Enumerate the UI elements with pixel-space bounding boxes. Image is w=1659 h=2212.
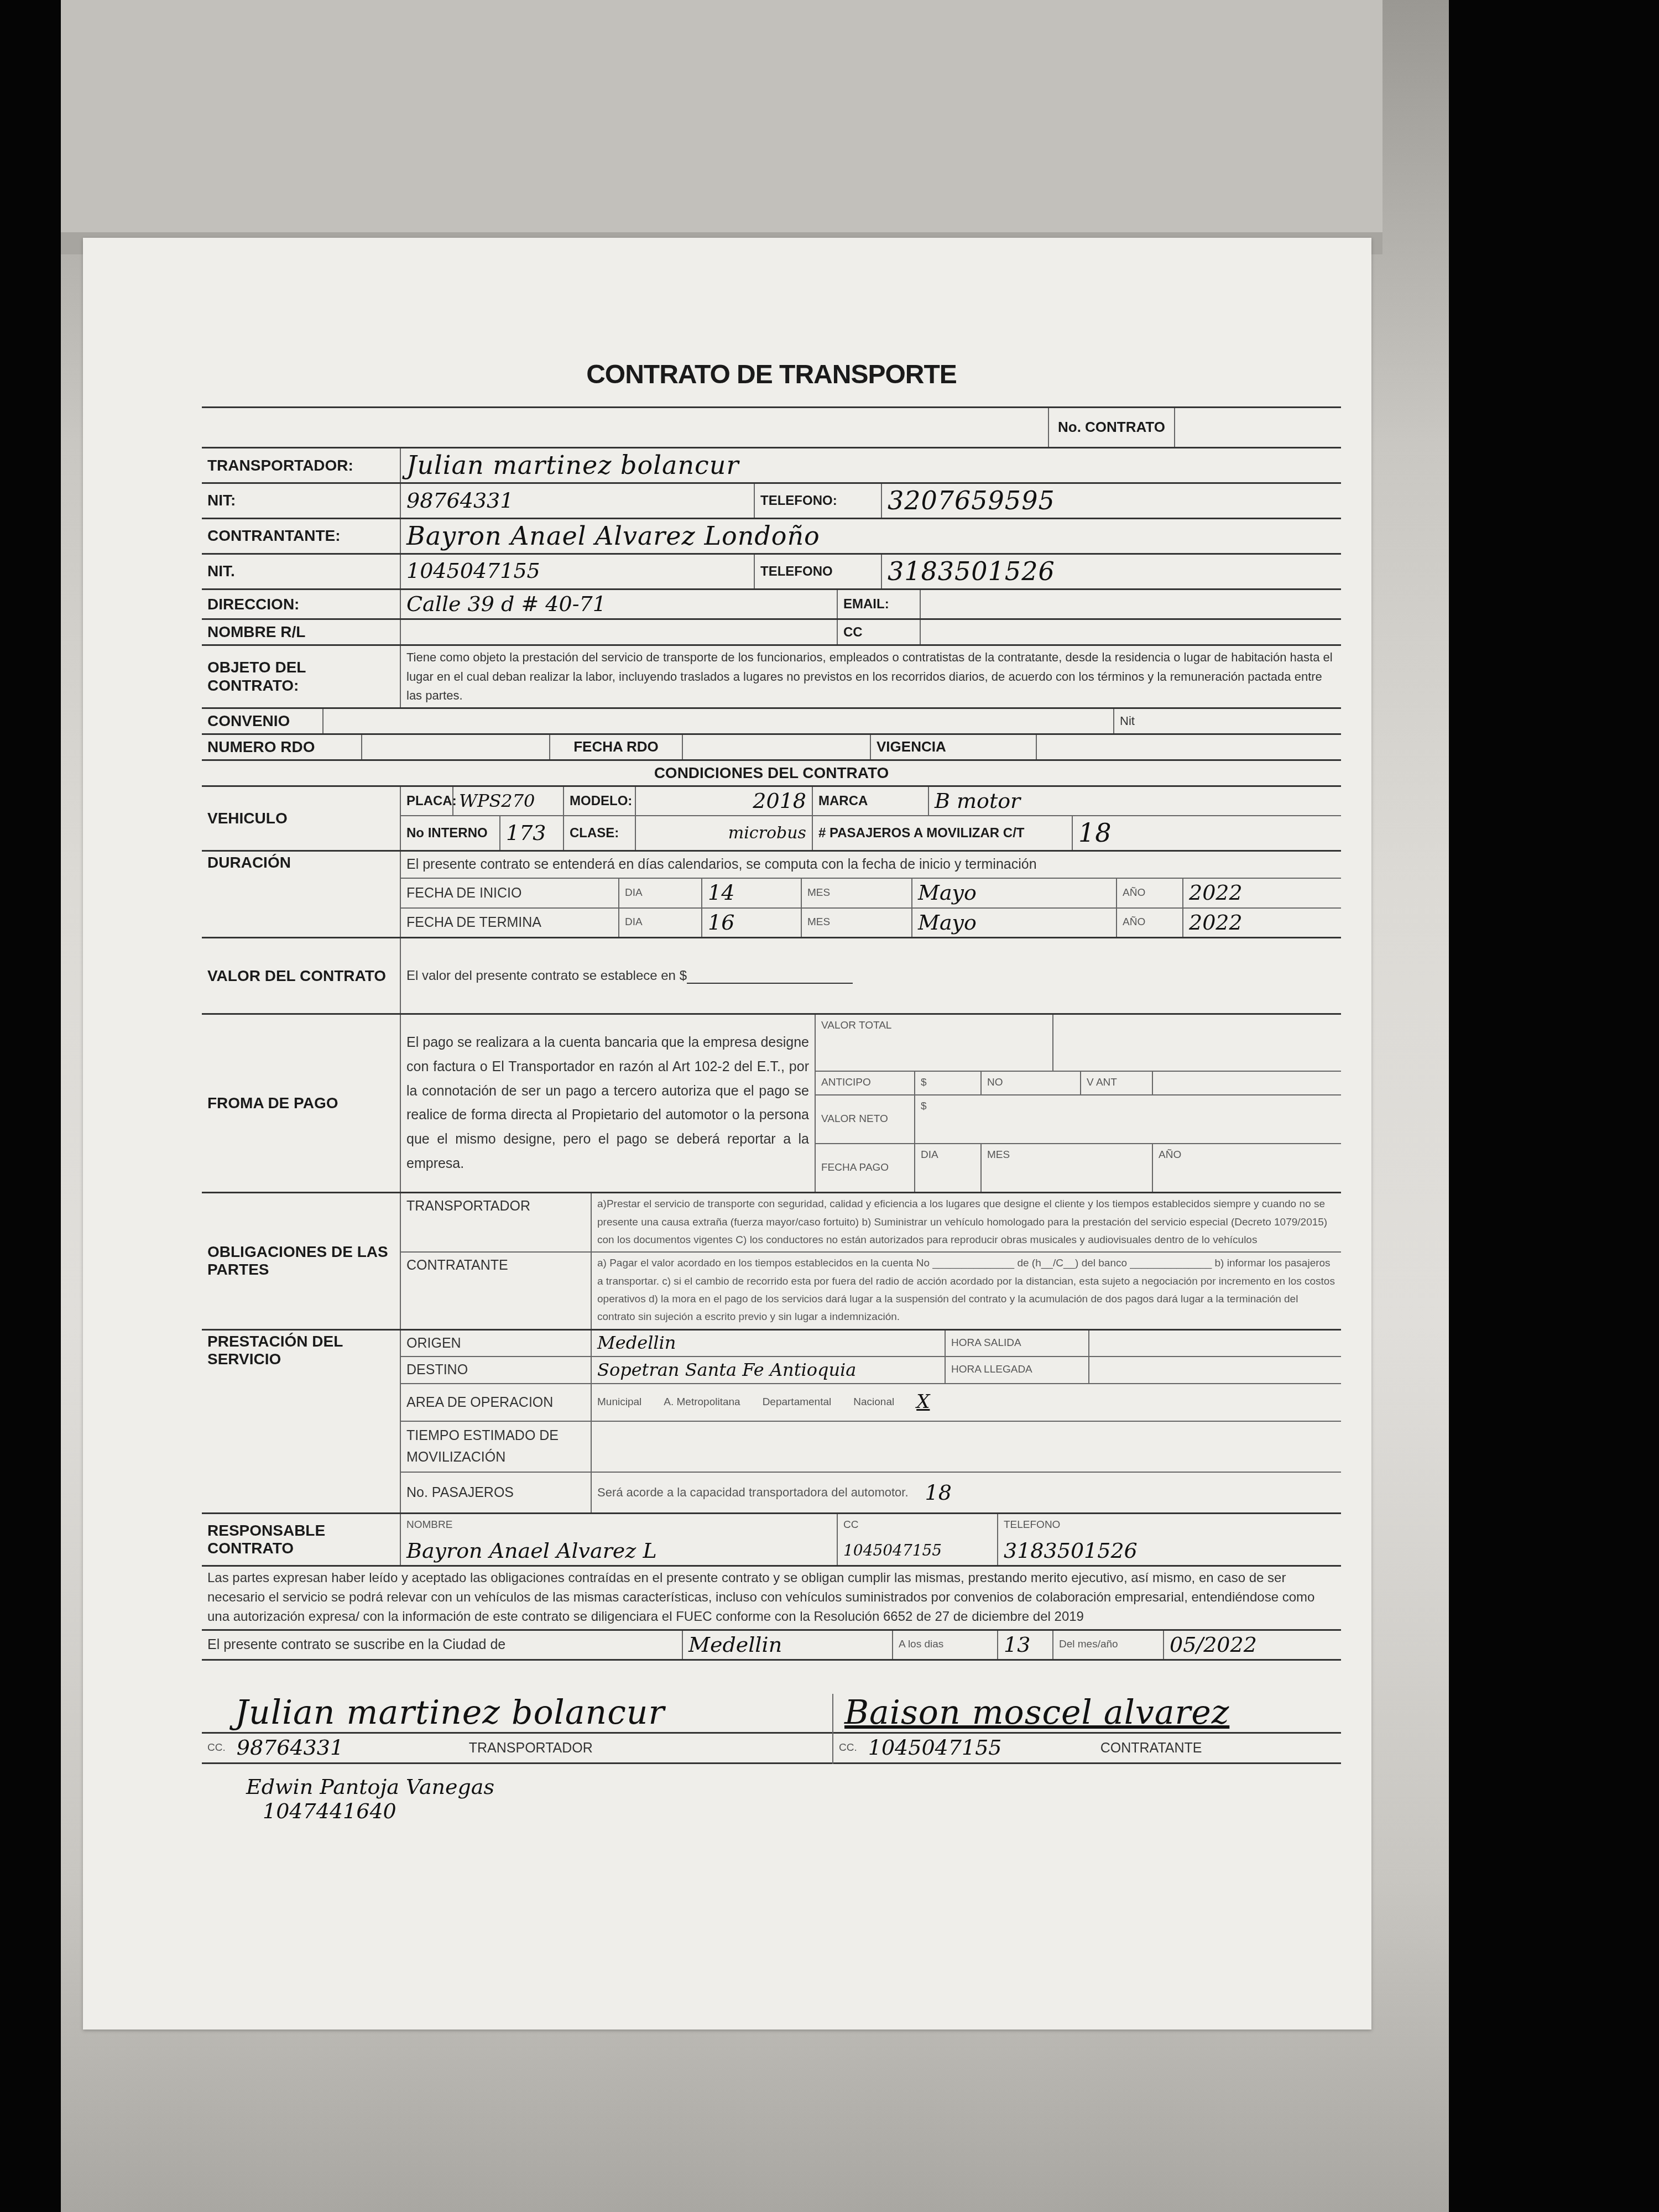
prest-pasajeros-text: Será acorde a la capacidad transportador… [597,1482,909,1503]
suscripcion-row: El presente contrato se suscribe en la C… [202,1631,1341,1661]
valor-total-line: VALOR TOTAL [816,1015,1341,1072]
pasajeros-value[interactable]: 18 [1073,816,1341,850]
hora-llegada-label: HORA LLEGADA [946,1357,1089,1383]
suscripcion-mes-ano-label: Del mes/año [1053,1631,1164,1660]
termina-ano-value[interactable]: 2022 [1183,909,1341,937]
transportador-cc-value: 98764331 [237,1736,458,1760]
fecha-pago-line: FECHA PAGO DIA MES AÑO [816,1144,1341,1192]
responsable-value-line: Bayron Anael Alvarez L 1045047155 318350… [401,1537,1341,1566]
numero-rdo-value[interactable] [362,735,550,759]
pago-row: FROMA DE PAGO El pago se realizara a la … [202,1015,1341,1193]
obl-contratante-text: a) Pagar el valor acordado en los tiempo… [592,1253,1341,1328]
obligaciones-transportador: TRANSPORTADOR a)Prestar el servicio de t… [401,1193,1341,1253]
valor-neto-label: VALOR NETO [816,1095,915,1143]
inicio-dia-label: DIA [619,879,702,907]
responsable-telefono-value[interactable]: 3183501526 [998,1537,1341,1566]
transportador-cc-label: CC. [207,1739,226,1757]
transportador-label: TRANSPORTADOR: [202,448,401,482]
area-option-municipal[interactable]: Municipal [597,1394,641,1411]
contract-form: CONTRATO DE TRANSPORTE No. CONTRATO TRAN… [202,348,1341,1824]
area-label: AREA DE OPERACION [401,1384,592,1421]
termina-dia-value[interactable]: 16 [702,909,802,937]
email-label: EMAIL: [838,590,921,619]
clase-value[interactable]: microbus [636,816,813,850]
obligaciones-row: OBLIGACIONES DE LAS PARTES TRANSPORTADOR… [202,1193,1341,1330]
fecha-inicio-line: FECHA DE INICIO DIA 14 MES Mayo AÑO 2022 [401,879,1341,909]
contratante-signature-block: Baison moscel alvarez CC. 1045047155 CON… [832,1694,1341,1764]
fecha-pago-dia-label: DIA [915,1144,982,1192]
destino-line: DESTINO Sopetran Santa Fe Antioquia HORA… [401,1357,1341,1384]
telefono-value[interactable]: 3207659595 [882,484,1341,518]
condiciones-header-row: CONDICIONES DEL CONTRATO [202,761,1341,787]
clase-label: CLASE: [564,816,636,850]
contract-number-row: No. CONTRATO [202,406,1341,448]
prest-pasajeros-cell: Será acorde a la capacidad transportador… [592,1473,1341,1513]
suscripcion-ciudad-value[interactable]: Medellin [683,1631,893,1660]
cc-value[interactable] [921,620,1341,644]
placa-value[interactable]: WPS270 [453,787,564,816]
destino-label: DESTINO [401,1357,592,1383]
contratante-cc-value: 1045047155 [868,1736,1089,1760]
anticipo-no-label[interactable]: NO [982,1072,1081,1094]
transportador-signature-block: Julian martinez bolancur CC. 98764331 TR… [202,1694,832,1764]
vehiculo-row: VEHICULO PLACA: WPS270 MODELO: 2018 MARC… [202,787,1341,852]
modelo-label: MODELO: [564,787,636,816]
destino-value[interactable]: Sopetran Santa Fe Antioquia [592,1357,946,1383]
vehiculo-line-2: No INTERNO 173 CLASE: microbus # PASAJER… [401,816,1341,850]
telefono-label: TELEFONO: [755,484,882,518]
responsable-header-line: NOMBRE CC TELEFONO [401,1514,1341,1536]
hora-llegada-value[interactable] [1089,1357,1341,1383]
transportador-sign-label: TRANSPORTADOR [469,1738,593,1759]
contratante-signature: Baison moscel alvarez [833,1694,1341,1732]
contratante-sign-label: CONTRATANTE [1100,1738,1202,1759]
termina-mes-value[interactable]: Mayo [912,909,1117,937]
valor-label: VALOR DEL CONTRATO [202,938,401,1013]
responsable-nombre-label: NOMBRE [401,1514,838,1536]
prestacion-label: PRESTACIÓN DEL SERVICIO [202,1331,401,1513]
origen-label: ORIGEN [401,1331,592,1357]
marca-value[interactable]: B motor [929,787,1341,816]
fecha-termina-label: FECHA DE TERMINA [401,909,619,937]
contract-number-value[interactable] [1175,408,1341,447]
vehiculo-line-1: PLACA: WPS270 MODELO: 2018 MARCA B motor [401,787,1341,817]
responsable-nombre-value[interactable]: Bayron Anael Alvarez L [401,1537,838,1566]
area-options: Municipal A. Metropolitana Departamental… [592,1384,1341,1421]
vigencia-label: VIGENCIA [871,735,1037,759]
nombre-rl-value[interactable] [401,620,838,644]
condiciones-header: CONDICIONES DEL CONTRATO [202,761,1341,785]
clausula-text: Las partes expresan haber leído y acepta… [202,1567,1341,1629]
suscripcion-text: El presente contrato se suscribe en la C… [202,1631,683,1660]
duracion-row: DURACIÓN El presente contrato se entende… [202,852,1341,938]
nit-label: NIT: [202,484,401,518]
pasajeros-line: No. PASAJEROS Será acorde a la capacidad… [401,1473,1341,1513]
obligaciones-contratante: CONTRATANTE a) Pagar el valor acordado e… [401,1253,1341,1328]
convenio-value[interactable] [324,709,1114,733]
objeto-label: OBJETO DEL CONTRATO: [202,646,401,707]
fecha-rdo-label: FECHA RDO [550,735,683,759]
fecha-pago-mes-label: MES [982,1144,1153,1192]
nit2-label: NIT. [202,555,401,588]
duracion-details: El presente contrato se entenderá en día… [401,852,1341,937]
responsable-label: RESPONSABLE CONTRATO [202,1514,401,1565]
extra-handwritten-note: Edwin Pantoja Vanegas 1047441640 [202,1775,1341,1823]
anticipo-si-label[interactable]: $ [915,1072,982,1094]
contratante-cc-label: CC. [839,1739,857,1757]
origen-line: ORIGEN Medellin HORA SALIDA [401,1331,1341,1358]
interno-value[interactable]: 173 [500,816,564,850]
area-line: AREA DE OPERACION Municipal A. Metropoli… [401,1384,1341,1422]
extra-name: Edwin Pantoja Vanegas [246,1775,1341,1799]
cc-label: CC [838,620,921,644]
prestacion-details: ORIGEN Medellin HORA SALIDA DESTINO Sope… [401,1331,1341,1513]
responsable-cc-value[interactable]: 1045047155 [838,1537,998,1566]
origen-value[interactable]: Medellin [592,1331,946,1357]
telefono2-label: TELEFONO [755,555,882,588]
previous-page-edge [61,0,1383,254]
nombre-rl-label: NOMBRE R/L [202,620,401,644]
transportador-value[interactable]: Julian martinez bolancur [401,448,1341,482]
fecha-inicio-label: FECHA DE INICIO [401,879,619,907]
prestacion-row: PRESTACIÓN DEL SERVICIO ORIGEN Medellin … [202,1331,1341,1515]
nit-value[interactable]: 98764331 [401,484,755,518]
direccion-label: DIRECCION: [202,590,401,619]
valor-total-label: VALOR TOTAL [816,1015,1053,1071]
tiempo-value[interactable] [592,1422,1341,1472]
obl-transportador-label: TRANSPORTADOR [401,1193,592,1251]
placa-label: PLACA: [401,787,453,816]
direccion-row: DIRECCION: Calle 39 d # 40-71 EMAIL: [202,590,1341,620]
marca-label: MARCA [813,787,929,816]
area-selected-mark: X [916,1386,930,1418]
direccion-value[interactable]: Calle 39 d # 40-71 [401,590,838,619]
interno-label: No INTERNO [401,816,500,850]
responsable-row: RESPONSABLE CONTRATO NOMBRE CC TELEFONO … [202,1514,1341,1567]
anticipo-line: ANTICIPO $ NO V ANT [816,1072,1341,1095]
nombre-rl-row: NOMBRE R/L CC [202,620,1341,646]
document-page: CONTRATO DE TRANSPORTE No. CONTRATO TRAN… [83,238,1371,2030]
signatures-area: Julian martinez bolancur CC. 98764331 TR… [202,1694,1341,1764]
contratante-cc-line: CC. 1045047155 CONTRATANTE [833,1732,1341,1764]
convenio-nit-label: Nit [1114,709,1341,733]
v-ant-value[interactable] [1153,1072,1341,1094]
transportador-signature: Julian martinez bolancur [202,1694,832,1732]
inicio-mes-value[interactable]: Mayo [912,879,1117,907]
objeto-row: OBJETO DEL CONTRATO: Tiene como objeto l… [202,646,1341,708]
prest-pasajeros-label: No. PASAJEROS [401,1473,592,1513]
hora-salida-value[interactable] [1089,1331,1341,1357]
valor-text: El valor del presente contrato se establ… [406,966,687,986]
fecha-rdo-value[interactable] [683,735,871,759]
suscripcion-mes-ano-value[interactable]: 05/2022 [1164,1631,1341,1660]
vehiculo-details: PLACA: WPS270 MODELO: 2018 MARCA B motor… [401,787,1341,851]
valor-total-value[interactable] [1053,1015,1341,1071]
pago-text: El pago se realizara a la cuenta bancari… [401,1015,816,1192]
nit2-row: NIT. 1045047155 TELEFONO 3183501526 [202,555,1341,590]
document-title: CONTRATO DE TRANSPORTE [202,348,1341,406]
valor-neto-currency[interactable]: $ [915,1095,1341,1143]
duracion-text: El presente contrato se entenderá en día… [401,852,1341,878]
area-option-departamental[interactable]: Departamental [763,1394,832,1411]
transportador-cc-line: CC. 98764331 TRANSPORTADOR [202,1732,832,1764]
suscripcion-dias-value[interactable]: 13 [998,1631,1053,1660]
obligaciones-label: OBLIGACIONES DE LAS PARTES [202,1193,401,1328]
valor-row: VALOR DEL CONTRATO El valor del presente… [202,938,1341,1015]
responsable-cc-label: CC [838,1514,998,1536]
fecha-pago-label: FECHA PAGO [816,1144,915,1192]
termina-mes-label: MES [802,909,912,937]
prest-pasajeros-value[interactable]: 18 [925,1475,952,1511]
telefono2-value[interactable]: 3183501526 [882,555,1341,588]
extra-id: 1047441640 [246,1799,1341,1824]
vehiculo-label: VEHICULO [202,787,401,851]
suscripcion-dias-label: A los dias [893,1631,998,1660]
inicio-mes-label: MES [802,879,912,907]
fecha-pago-ano-label: AÑO [1153,1144,1341,1192]
pago-box: VALOR TOTAL ANTICIPO $ NO V ANT VALOR NE… [816,1015,1341,1192]
contratante-label: CONTRANTANTE: [202,519,401,553]
obl-contratante-label: CONTRATANTE [401,1253,592,1328]
rdo-row: NUMERO RDO FECHA RDO VIGENCIA [202,735,1341,761]
inicio-ano-value[interactable]: 2022 [1183,879,1341,907]
obl-transportador-text: a)Prestar el servicio de transporte con … [592,1193,1341,1251]
inicio-ano-label: AÑO [1117,879,1183,907]
inicio-dia-value[interactable]: 14 [702,879,802,907]
modelo-value[interactable]: 2018 [636,787,813,816]
pasajeros-label: # PASAJEROS A MOVILIZAR C/T [813,816,1073,850]
numero-rdo-label: NUMERO RDO [202,735,362,759]
valor-neto-line: VALOR NETO $ [816,1095,1341,1144]
hora-salida-label: HORA SALIDA [946,1331,1089,1357]
pago-label: FROMA DE PAGO [202,1015,401,1192]
v-ant-label: V ANT [1081,1072,1153,1094]
nit-row: NIT: 98764331 TELEFONO: 3207659595 [202,484,1341,519]
tiempo-label: TIEMPO ESTIMADO DE MOVILIZACIÓN [401,1422,592,1472]
convenio-label: CONVENIO [202,709,324,733]
valor-text-cell: El valor del presente contrato se establ… [401,938,1341,1013]
area-option-metropolitana[interactable]: A. Metropolitana [664,1394,740,1411]
anticipo-label: ANTICIPO [816,1072,915,1094]
area-option-nacional[interactable]: Nacional [853,1394,894,1411]
nit2-value[interactable]: 1045047155 [401,555,755,588]
fecha-termina-line: FECHA DE TERMINA DIA 16 MES Mayo AÑO 202… [401,909,1341,937]
termina-dia-label: DIA [619,909,702,937]
clausula-row: Las partes expresan haber leído y acepta… [202,1567,1341,1630]
duracion-text-line: El presente contrato se entenderá en día… [401,852,1341,879]
responsable-telefono-label: TELEFONO [998,1514,1341,1536]
convenio-row: CONVENIO Nit [202,709,1341,735]
objeto-text: Tiene como objeto la prestación del serv… [401,646,1341,707]
email-value[interactable] [921,590,1341,619]
transportador-row: TRANSPORTADOR: Julian martinez bolancur [202,448,1341,484]
responsable-details: NOMBRE CC TELEFONO Bayron Anael Alvarez … [401,1514,1341,1565]
contract-number-label: No. CONTRATO [1048,408,1175,447]
termina-ano-label: AÑO [1117,909,1183,937]
duracion-label: DURACIÓN [202,852,401,937]
tiempo-line: TIEMPO ESTIMADO DE MOVILIZACIÓN [401,1422,1341,1473]
contratante-row: CONTRANTANTE: Bayron Anael Alvarez Londo… [202,519,1341,555]
obligaciones-details: TRANSPORTADOR a)Prestar el servicio de t… [401,1193,1341,1328]
valor-amount-field[interactable] [687,968,853,984]
contratante-value[interactable]: Bayron Anael Alvarez Londoño [401,519,1341,553]
vigencia-value[interactable] [1037,735,1341,759]
